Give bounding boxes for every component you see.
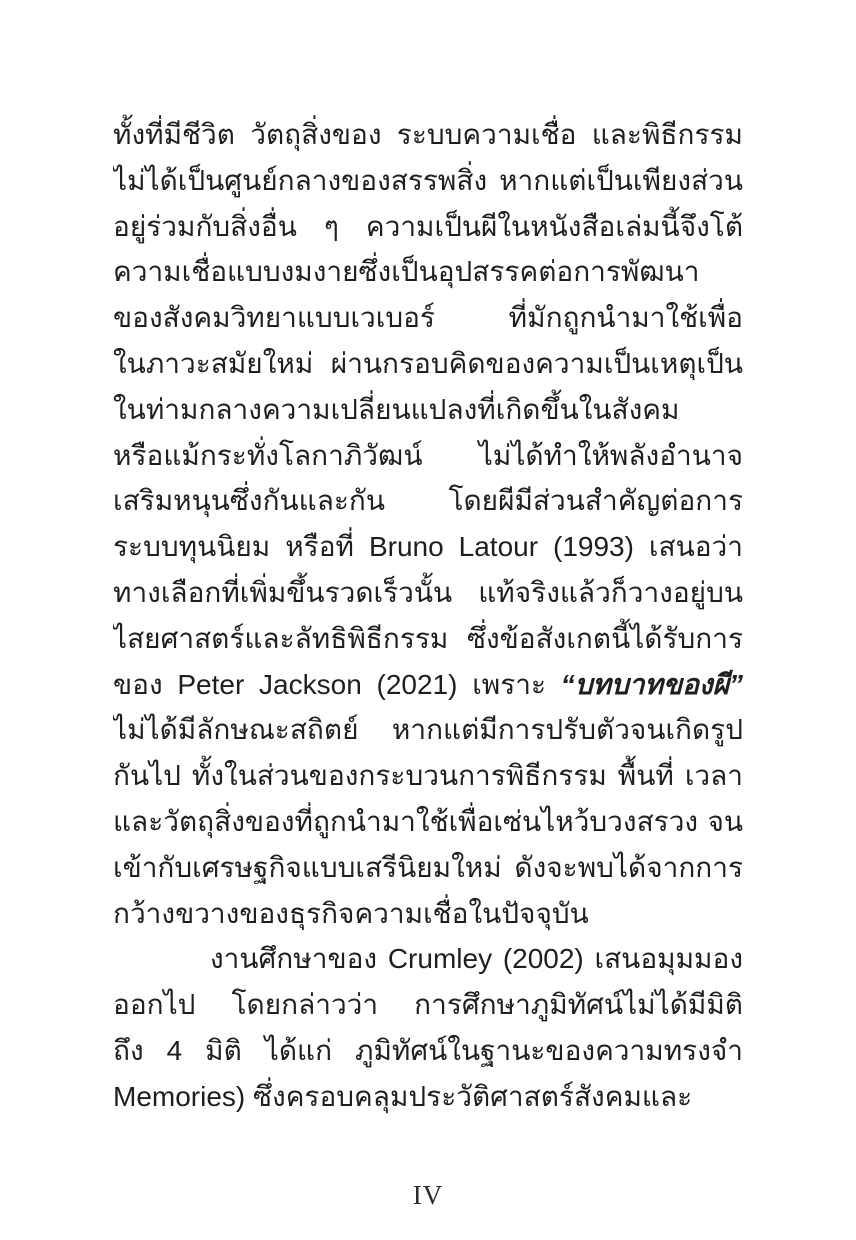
text-line: กันไป ทั้งในส่วนของกระบวนการพิธีกรรม พื้… bbox=[113, 753, 743, 799]
text-line: กว้างขวางของธุรกิจความเชื่อในปัจจุบัน bbox=[113, 891, 743, 937]
text-line: เข้ากับเศรษฐกิจแบบเสรีนิยมใหม่ ดังจะพบได… bbox=[113, 845, 743, 891]
text-line: ทั้งที่มีชีวิต วัตถุสิ่งของ ระบบความเชื่… bbox=[113, 112, 743, 158]
page-number: IV bbox=[0, 1180, 856, 1211]
text-line: และวัตถุสิ่งของที่ถูกนำมาใช้เพื่อเซ่นไหว… bbox=[113, 799, 743, 845]
text-segment: ของ Peter Jackson (2021) เพราะ bbox=[113, 669, 561, 700]
text-line: ระบบทุนนิยม หรือที่ Bruno Latour (1993) … bbox=[113, 524, 743, 570]
text-line: ออกไป โดยกล่าวว่า การศึกษาภูมิทัศน์ไม่ได… bbox=[113, 982, 743, 1028]
text-line: ในภาวะสมัยใหม่ ผ่านกรอบคิดของความเป็นเหต… bbox=[113, 341, 743, 387]
body-text: ทั้งที่มีชีวิต วัตถุสิ่งของ ระบบความเชื่… bbox=[113, 112, 743, 1120]
document-page: ทั้งที่มีชีวิต วัตถุสิ่งของ ระบบความเชื่… bbox=[0, 0, 856, 1240]
text-line: ความเชื่อแบบงมงายซึ่งเป็นอุปสรรคต่อการพั… bbox=[113, 249, 743, 295]
emphasized-phrase: “บทบาทของผี” bbox=[561, 669, 743, 700]
text-line: ของสังคมวิทยาแบบเวเบอร์ ที่มักถูกนำมาใช้… bbox=[113, 295, 743, 341]
text-line: เสริมหนุนซึ่งกันและกัน โดยผีมีส่วนสำคัญต… bbox=[113, 478, 743, 524]
text-line: ไสยศาสตร์และลัทธิพิธีกรรม ซึ่งข้อสังเกตน… bbox=[113, 616, 743, 662]
text-line: ของ Peter Jackson (2021) เพราะ “บทบาทของ… bbox=[113, 662, 743, 708]
text-line: ทางเลือกที่เพิ่มขึ้นรวดเร็วนั้น แท้จริงแ… bbox=[113, 570, 743, 616]
text-line: ไม่ได้มีลักษณะสถิตย์ หากแต่มีการปรับตัวจ… bbox=[113, 707, 743, 753]
text-line: ในท่ามกลางความเปลี่ยนแปลงที่เกิดขึ้นในสั… bbox=[113, 387, 743, 433]
text-line: หรือแม้กระทั่งโลกาภิวัฒน์ ไม่ได้ทำให้พลั… bbox=[113, 433, 743, 479]
text-line: Memories) ซึ่งครอบคลุมประวัติศาสตร์สังคม… bbox=[113, 1074, 743, 1120]
text-line: อยู่ร่วมกับสิ่งอื่น ๆ ความเป็นผีในหนังสื… bbox=[113, 204, 743, 250]
text-line: งานศึกษาของ Crumley (2002) เสนอมุมมองที่… bbox=[113, 936, 743, 982]
text-line: ถึง 4 มิติ ได้แก่ ภูมิทัศน์ในฐานะของความ… bbox=[113, 1028, 743, 1074]
text-line: ไม่ได้เป็นศูนย์กลางของสรรพสิ่ง หากแต่เป็… bbox=[113, 158, 743, 204]
